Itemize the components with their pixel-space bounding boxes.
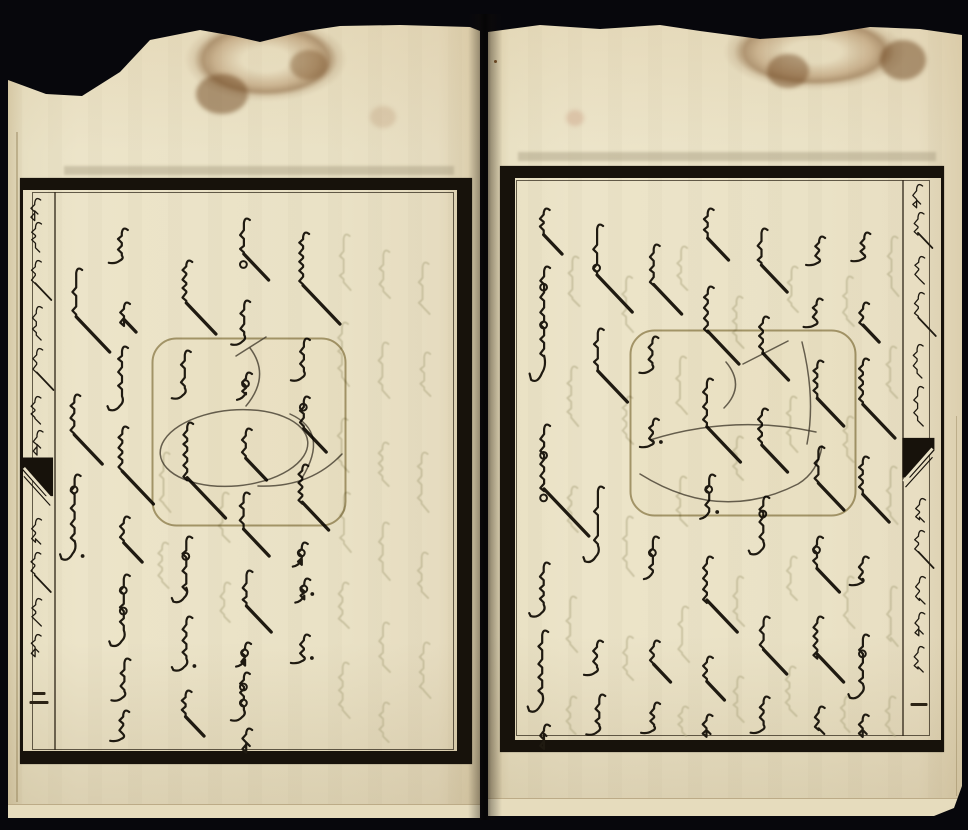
under-sheet-edge-right <box>488 798 962 816</box>
folio-number-right <box>902 696 936 714</box>
embossed-seal-left <box>150 336 348 528</box>
fold-fishtail-marker-right <box>902 436 936 490</box>
right-page <box>488 16 962 816</box>
under-sheet-edge-left <box>8 804 480 818</box>
folio-stroke <box>33 692 46 695</box>
embossed-seal-right <box>628 328 858 518</box>
speck <box>318 23 323 28</box>
fishtail-icon <box>902 436 936 490</box>
left-page <box>8 22 480 818</box>
fold-fishtail-marker-left <box>22 455 54 509</box>
fishtail-icon <box>22 455 54 509</box>
book-scan <box>0 0 968 830</box>
folio-stroke <box>911 703 928 706</box>
folio-number-left <box>24 686 54 712</box>
folio-stroke <box>30 701 49 704</box>
